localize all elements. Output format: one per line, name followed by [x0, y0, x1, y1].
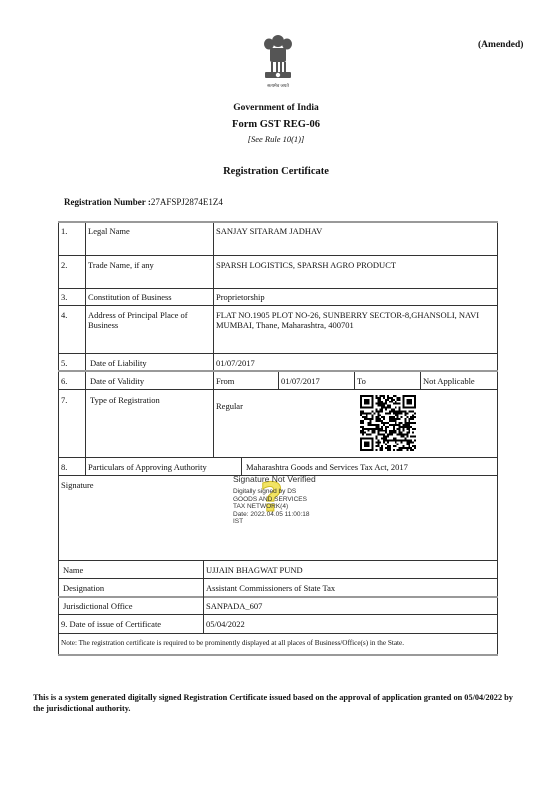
validity-from-value: 01/07/2017 — [278, 373, 354, 389]
digital-signature-block[interactable]: Signature Not Verified Digitally signed … — [233, 474, 353, 526]
registration-type-value: Regular — [213, 398, 293, 414]
rule-reference: [See Rule 10(1)] — [0, 134, 552, 144]
national-emblem-icon: सत्यमेव जयते — [258, 31, 298, 91]
row-1-number: 1. — [58, 223, 85, 239]
row-7-number: 7. — [58, 392, 85, 408]
form-title: Form GST REG-06 — [0, 119, 552, 130]
row-3-number: 3. — [58, 289, 85, 305]
registration-number-label: Registration Number : — [64, 197, 151, 207]
svg-text:सत्यमेव जयते: सत्यमेव जयते — [267, 82, 289, 88]
validity-to-value: Not Applicable — [420, 373, 497, 389]
row-6-label: Date of Validity — [87, 373, 213, 389]
signature-detail-line: Date: 2022.04.05 11:00:18 — [233, 511, 353, 519]
row-4-label: Address of Principal Place of Business — [85, 307, 213, 333]
signature-status: Signature Not Verified — [233, 474, 353, 484]
row-7-label: Type of Registration — [87, 392, 213, 408]
signature-details: Digitally signed by DS GOODS AND SERVICE… — [233, 488, 353, 526]
approving-authority-value: Maharashtra Goods and Services Tax Act, … — [243, 459, 497, 475]
row-1-label: Legal Name — [85, 223, 213, 239]
signature-detail-line: IST — [233, 518, 353, 526]
amended-label: (Amended) — [478, 40, 523, 50]
liability-date-value: 01/07/2017 — [213, 355, 497, 371]
designation-value: Assistant Commissioners of State Tax — [203, 580, 497, 596]
issue-date-label: 9. Date of issue of Certificate — [58, 616, 203, 632]
qr-code-icon — [360, 395, 416, 451]
signature-detail-line: GOODS AND SERVICES — [233, 496, 353, 504]
row-2-label: Trade Name, if any — [85, 257, 213, 273]
trade-name-value: SPARSH LOGISTICS, SPARSH AGRO PRODUCT — [213, 257, 497, 273]
government-heading: Government of India — [0, 103, 552, 113]
signature-detail-line: Digitally signed by DS — [233, 488, 353, 496]
validity-from-label: From — [213, 373, 278, 389]
row-6-number: 6. — [58, 373, 85, 389]
signature-label: Signature — [58, 477, 178, 493]
row-8-label: Particulars of Approving Authority — [85, 459, 241, 475]
address-value: FLAT NO.1905 PLOT NO-26, SUNBERRY SECTOR… — [213, 307, 497, 333]
row-5-number: 5. — [58, 355, 85, 371]
signature-detail-line: TAX NETWORK(4) — [233, 503, 353, 511]
designation-label: Designation — [60, 580, 203, 596]
registration-number: Registration Number :27AFSPJ2874E1Z4 — [64, 197, 223, 207]
registration-number-value: 27AFSPJ2874E1Z4 — [151, 197, 223, 207]
jurisdictional-office-label: Jurisdictional Office — [60, 598, 203, 614]
row-3-label: Constitution of Business — [85, 289, 213, 305]
legal-name-value: SANJAY SITARAM JADHAV — [213, 223, 497, 239]
row-4-number: 4. — [58, 307, 85, 323]
footer-statement: This is a system generated digitally sig… — [33, 692, 523, 714]
display-note: Note: The registration certificate is re… — [58, 635, 498, 651]
row-2-number: 2. — [58, 257, 85, 273]
row-8-number: 8. — [58, 459, 85, 475]
issue-date-value: 05/04/2022 — [203, 616, 497, 632]
row-5-label: Date of Liability — [87, 355, 213, 371]
validity-to-label: To — [354, 373, 420, 389]
constitution-value: Proprietorship — [213, 289, 497, 305]
jurisdictional-office-value: SANPADA_607 — [203, 598, 497, 614]
certificate-title: Registration Certificate — [0, 166, 552, 177]
authority-name-label: Name — [60, 562, 203, 578]
authority-name-value: UJJAIN BHAGWAT PUND — [203, 562, 497, 578]
